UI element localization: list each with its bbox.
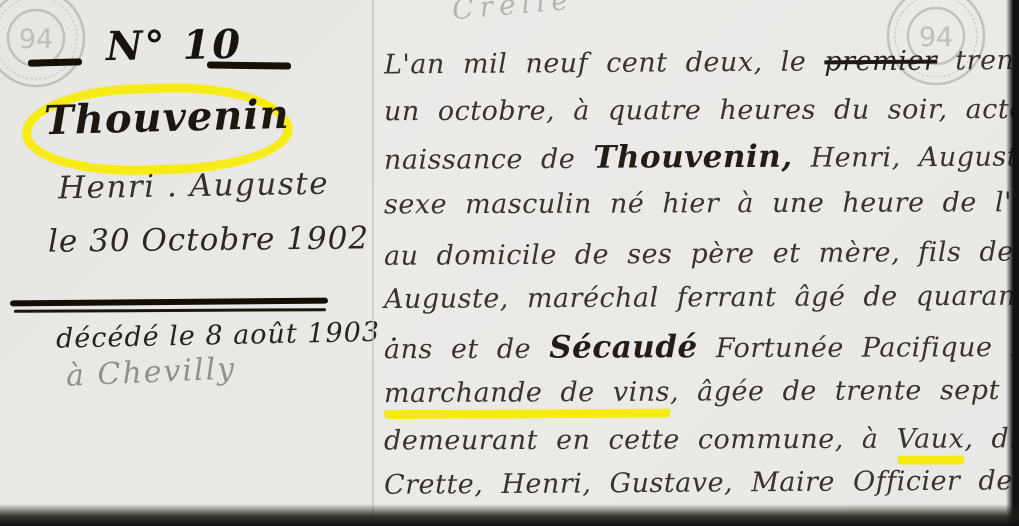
act-text-line-1: L'an mil neuf cent deux, le premier tren…: [384, 45, 1019, 81]
act-text-line-10: Crette, Henri, Gustave, Maire Officier d…: [384, 464, 1019, 501]
line9-text: demeurant en cette commune, à: [384, 424, 897, 457]
line5-text: au domicile de ses père et mère, fils de: [384, 236, 1019, 272]
line7-text: ans et de: [384, 334, 549, 366]
act-text-line-7: ans et de Sécaudé Fortunée Pacifique Mar…: [384, 328, 1019, 366]
struck-word: premier: [824, 46, 937, 78]
registry-page-scan: 94 94 N° 10 Thouvenin Henri . Auguste le…: [0, 0, 1019, 526]
margin-divider-line: [372, 0, 374, 526]
act-text-line-9: demeurant en cette commune, à Vaux, dres…: [384, 423, 1019, 457]
line1-text: L'an mil neuf cent deux, le: [384, 46, 825, 80]
highlighted-profession: marchande de vins: [384, 377, 670, 419]
scan-edge-bottom: [0, 504, 1019, 526]
mother-surname: Sécaudé: [549, 329, 698, 366]
act-text-line-5: au domicile de ses père et mère, fils de…: [384, 231, 1019, 273]
ink-dash-right: [207, 61, 291, 69]
line7-text-end: Fortunée Pacifique Marie: [698, 332, 1019, 364]
margin-registration-date: le 30 Octobre 1902: [48, 220, 369, 259]
child-surname: Thouvenin,: [593, 139, 792, 176]
act-text-line-3: naissance de Thouvenin, Henri, Auguste, …: [384, 137, 1019, 177]
margin-given-names: Henri . Auguste: [58, 166, 330, 207]
line3-text-end: Henri, Auguste, du: [793, 141, 1019, 174]
act-text-line-2: un octobre, à quatre heures du soir, act…: [384, 94, 1019, 127]
line3-text: naissance de: [384, 144, 594, 176]
margin-surname: Thouvenin: [43, 91, 290, 144]
pencil-signature: Crelle: [451, 0, 575, 26]
scan-edge-right: [1006, 0, 1019, 526]
act-text-line-6: Auguste, maréchal ferrant âgé de quarant…: [384, 280, 1019, 315]
act-text-line-8: marchande de vins, âgée de trente sept a…: [384, 374, 1019, 409]
line8-text-end: , âgée de trente sept ans, mariés: [670, 374, 1019, 408]
highlighted-place: Vaux: [897, 423, 965, 464]
act-text-line-4: sexe masculin né hier à une heure de l'a…: [384, 187, 1019, 221]
ink-dash-left: [28, 58, 82, 66]
archive-stamp-94-left: 94: [0, 0, 88, 90]
stamp-number: 94: [19, 24, 53, 55]
margin-death-place-pencil: à Chevilly: [65, 351, 237, 393]
